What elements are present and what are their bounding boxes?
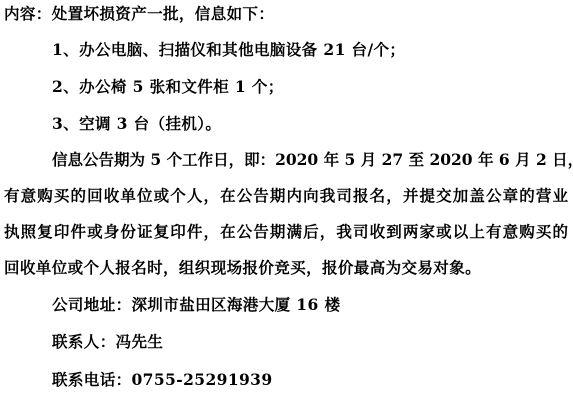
notice-line-3: 执照复印件或身份证复印件，在公告期满后，我司收到两家或以上有意购买的 (4, 222, 568, 242)
notice-line-1: 信息公告期为 5 个工作日，即：2020 年 5 月 27 至 2020 年 6… (52, 150, 568, 170)
item-2: 2、办公椅 5 张和文件柜 1 个； (52, 77, 284, 97)
notice-line-4: 回收单位或个人报名时，组织现场报价竞买，报价最高为交易对象。 (4, 258, 481, 278)
company-address: 公司地址：深圳市盐田区海港大厦 16 楼 (52, 295, 340, 315)
contact-phone: 联系电话：0755-25291939 (52, 370, 273, 390)
notice-line-2: 有意购买的回收单位或个人，在公告期内向我司报名，并提交加盖公章的营业 (4, 186, 568, 206)
contact-person: 联系人：冯先生 (52, 332, 163, 352)
intro-line: 内容：处置坏损资产一批，信息如下： (4, 4, 274, 24)
item-3: 3、空调 3 台（挂机）。 (52, 114, 221, 134)
item-1: 1、办公电脑、扫描仪和其他电脑设备 21 台/个； (52, 40, 405, 60)
